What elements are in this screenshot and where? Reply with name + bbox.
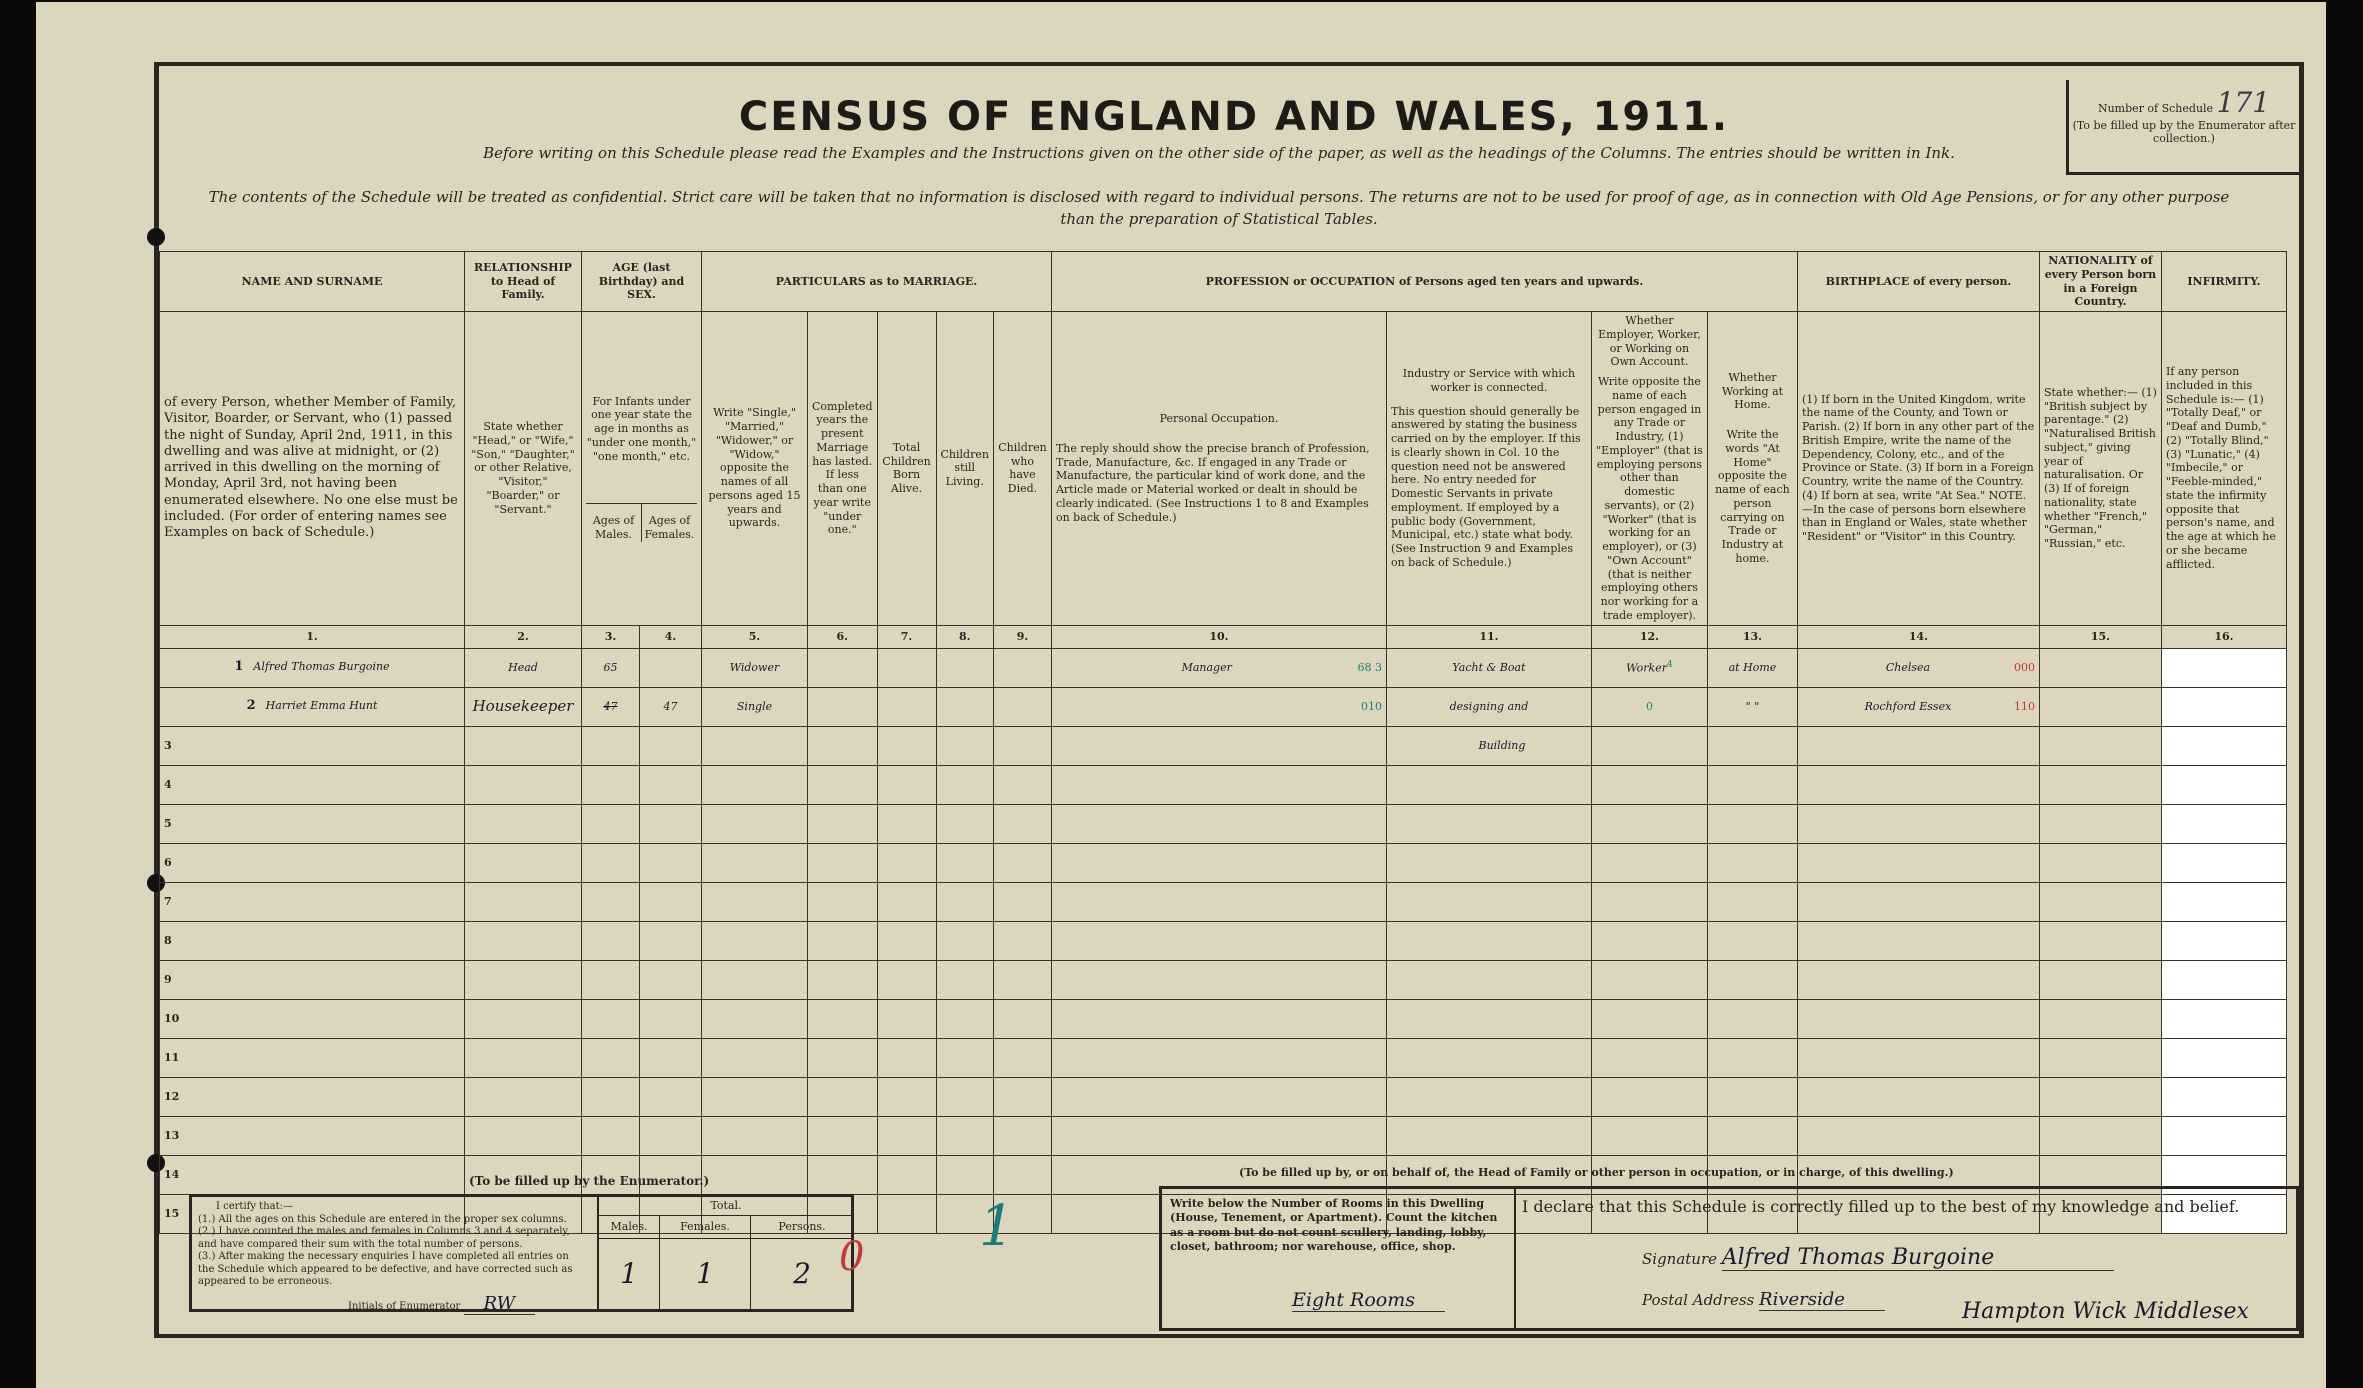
row-number: 11 bbox=[160, 1038, 465, 1077]
col-num: 14. bbox=[1797, 625, 2039, 648]
instr-at-home-text: Write the words "At Home" opposite the n… bbox=[1712, 428, 1793, 566]
certify-item-2: (2.) I have counted the males and female… bbox=[198, 1226, 588, 1251]
total-persons: 2 bbox=[751, 1239, 853, 1309]
cell-infirmity-redacted bbox=[2161, 687, 2286, 726]
row-number: 4 bbox=[160, 765, 465, 804]
cell-age-male-struck: 47 bbox=[582, 687, 640, 726]
cell-infirmity-redacted bbox=[2161, 882, 2286, 921]
row-number: 5 bbox=[160, 804, 465, 843]
col-num: 13. bbox=[1707, 625, 1797, 648]
occupation-code: 68 3 bbox=[1357, 661, 1382, 675]
certify-label: I certify that:— bbox=[198, 1201, 588, 1214]
total-females: 1 bbox=[660, 1239, 751, 1309]
cell-infirmity-redacted bbox=[2161, 726, 2286, 765]
col-num: 7. bbox=[877, 625, 936, 648]
cell-industry: designing and bbox=[1386, 687, 1591, 726]
teal-check-mark: 1 bbox=[979, 1194, 1015, 1259]
census-table: NAME AND SURNAME RELATIONSHIP to Head of… bbox=[159, 251, 2287, 1234]
cell-infirmity-redacted bbox=[2161, 765, 2286, 804]
birthplace-code: 110 bbox=[2014, 700, 2035, 714]
initials-label: Initials of Enumerator bbox=[348, 1301, 460, 1312]
schedule-note: (To be filled up by the Enumerator after… bbox=[2069, 119, 2299, 145]
instr-industry-text: This question should generally be answer… bbox=[1391, 405, 1587, 570]
instr-employer: Whether Employer, Worker, or Working on … bbox=[1591, 312, 1707, 626]
census-form: CENSUS OF ENGLAND AND WALES, 1911. Befor… bbox=[154, 62, 2304, 1338]
cell-name: 1Alfred Thomas Burgoine bbox=[160, 648, 465, 687]
punch-hole bbox=[147, 228, 165, 246]
signature-value: Alfred Thomas Burgoine bbox=[1722, 1245, 2114, 1271]
cell-employer: Worker4 bbox=[1591, 648, 1707, 687]
employer-code: 4 bbox=[1667, 659, 1673, 670]
table-row: 8 bbox=[160, 921, 2287, 960]
enumerator-box: I certify that:— (1.) All the ages on th… bbox=[189, 1194, 854, 1312]
red-check-mark: 0 bbox=[839, 1234, 864, 1280]
cell-occupation: 010 bbox=[1051, 687, 1386, 726]
sub-at-home: Whether Working at Home. bbox=[1712, 371, 1793, 412]
rooms-instruction: Write below the Number of Rooms in this … bbox=[1162, 1189, 1514, 1262]
cell-at-home: " " bbox=[1707, 687, 1797, 726]
instr-industry: Industry or Service with which worker is… bbox=[1386, 312, 1591, 626]
cell-infirmity-redacted bbox=[2161, 1116, 2286, 1155]
table-row: 10 bbox=[160, 999, 2287, 1038]
cell-age-female: 47 bbox=[640, 687, 702, 726]
table-row: 4 bbox=[160, 765, 2287, 804]
heading-relationship: RELATIONSHIP to Head of Family. bbox=[465, 252, 582, 312]
row-number: 10 bbox=[160, 999, 465, 1038]
instr-age: For Infants under one year state the age… bbox=[582, 312, 702, 626]
heading-occupation: PROFESSION or OCCUPATION of Persons aged… bbox=[1051, 252, 1797, 312]
cell-industry: Building bbox=[1386, 726, 1591, 765]
schedule-number-box: Number of Schedule 171 (To be filled up … bbox=[2066, 80, 2299, 175]
col-num: 8. bbox=[936, 625, 993, 648]
cell-total-children bbox=[877, 687, 936, 726]
col-num: 6. bbox=[808, 625, 878, 648]
sub-ages-females: Ages of Females. bbox=[642, 504, 697, 542]
instr-employer-text: Write opposite the name of each person e… bbox=[1596, 375, 1703, 623]
cell-nationality bbox=[2039, 648, 2161, 687]
col-num: 3. bbox=[582, 625, 640, 648]
birthplace-text: Rochford Essex bbox=[1865, 700, 1952, 713]
enumerator-heading: (To be filled up by the Enumerator.) bbox=[469, 1174, 709, 1188]
instr-relationship: State whether "Head," or "Wife," "Son," … bbox=[465, 312, 582, 626]
instruction-line: Before writing on this Schedule please r… bbox=[319, 144, 2119, 162]
occupation-text: Manager bbox=[1182, 661, 1232, 674]
cell-infirmity-redacted bbox=[2161, 999, 2286, 1038]
table-row: 13 bbox=[160, 1116, 2287, 1155]
heading-infirmity: INFIRMITY. bbox=[2161, 252, 2286, 312]
cell-at-home: at Home bbox=[1707, 648, 1797, 687]
total-label: Total. bbox=[599, 1197, 853, 1216]
signature-label: Signature bbox=[1642, 1250, 1717, 1268]
instr-personal-occupation: Personal Occupation. The reply should sh… bbox=[1051, 312, 1386, 626]
row-number: 14 bbox=[160, 1155, 465, 1194]
person-name: Harriet Emma Hunt bbox=[266, 699, 378, 712]
males-label: Males. bbox=[599, 1216, 660, 1238]
col-num: 4. bbox=[640, 625, 702, 648]
instr-marital: Write "Single," "Married," "Widower," or… bbox=[702, 312, 808, 626]
instr-total-children: Total Children Born Alive. bbox=[877, 312, 936, 626]
schedule-number: 171 bbox=[2217, 86, 2270, 119]
confidential-line: The contents of the Schedule will be tre… bbox=[169, 188, 2269, 206]
certify-item-1: (1.) All the ages on this Schedule are e… bbox=[198, 1214, 588, 1227]
col-num: 11. bbox=[1386, 625, 1591, 648]
row-number: 8 bbox=[160, 921, 465, 960]
cell-infirmity-redacted bbox=[2161, 648, 2286, 687]
instr-years-married: Completed years the present Marriage has… bbox=[808, 312, 878, 626]
enumerator-initials: RW bbox=[464, 1293, 536, 1315]
row-number: 9 bbox=[160, 960, 465, 999]
cell-birthplace: Chelsea000 bbox=[1797, 648, 2039, 687]
cell-industry: Yacht & Boat bbox=[1386, 648, 1591, 687]
cell-infirmity-redacted bbox=[2161, 843, 2286, 882]
declaration-text: I declare that this Schedule is correctl… bbox=[1522, 1197, 2239, 1216]
cell-children-died bbox=[993, 687, 1051, 726]
table-row: 12 bbox=[160, 1077, 2287, 1116]
address-line-1: Riverside bbox=[1759, 1289, 1885, 1311]
cell-children-living bbox=[936, 687, 993, 726]
row-number: 7 bbox=[160, 882, 465, 921]
household-box: Write below the Number of Rooms in this … bbox=[1159, 1186, 2299, 1331]
heading-age: AGE (last Birthday) and SEX. bbox=[582, 252, 702, 312]
row-number: 3 bbox=[160, 726, 465, 765]
instr-infirmity: If any person included in this Schedule … bbox=[2161, 312, 2286, 626]
col-num: 16. bbox=[2161, 625, 2286, 648]
cell-name: 2Harriet Emma Hunt bbox=[160, 687, 465, 726]
table-row: 6 bbox=[160, 843, 2287, 882]
table-row: 11 bbox=[160, 1038, 2287, 1077]
col-num: 1. bbox=[160, 625, 465, 648]
col-num: 10. bbox=[1051, 625, 1386, 648]
birthplace-text: Chelsea bbox=[1886, 661, 1930, 674]
cell-infirmity-redacted bbox=[2161, 921, 2286, 960]
instr-children-living: Children still Living. bbox=[936, 312, 993, 626]
heading-birthplace: BIRTHPLACE of every person. bbox=[1797, 252, 2039, 312]
total-males: 1 bbox=[599, 1239, 660, 1309]
cell-children-living bbox=[936, 648, 993, 687]
cell-age-male: 65 bbox=[582, 648, 640, 687]
address-label: Postal Address bbox=[1642, 1291, 1754, 1309]
row-number: 13 bbox=[160, 1116, 465, 1155]
cell-infirmity-redacted bbox=[2161, 1077, 2286, 1116]
col-num: 15. bbox=[2039, 625, 2161, 648]
instr-children-died: Children who have Died. bbox=[993, 312, 1051, 626]
table-row: 1Alfred Thomas Burgoine Head 65 Widower … bbox=[160, 648, 2287, 687]
sub-employer: Whether Employer, Worker, or Working on … bbox=[1596, 314, 1703, 369]
heading-nationality: NATIONALITY of every Person born in a Fo… bbox=[2039, 252, 2161, 312]
row-number: 12 bbox=[160, 1077, 465, 1116]
cell-infirmity-redacted bbox=[2161, 1038, 2286, 1077]
cell-age-female bbox=[640, 648, 702, 687]
col-num: 9. bbox=[993, 625, 1051, 648]
confidential-line-2: than the preparation of Statistical Tabl… bbox=[169, 210, 2269, 228]
schedule-label: Number of Schedule bbox=[2098, 102, 2213, 115]
col-num: 2. bbox=[465, 625, 582, 648]
table-row: 9 bbox=[160, 960, 2287, 999]
cell-total-children bbox=[877, 648, 936, 687]
table-row: 5 bbox=[160, 804, 2287, 843]
address-line-2: Hampton Wick Middlesex bbox=[1962, 1299, 2249, 1324]
row-number: 6 bbox=[160, 843, 465, 882]
cell-infirmity-redacted bbox=[2161, 804, 2286, 843]
employer-text: Worker bbox=[1626, 662, 1667, 675]
cell-employer-code: 0 bbox=[1591, 687, 1707, 726]
table-row: 7 bbox=[160, 882, 2287, 921]
females-label: Females. bbox=[660, 1216, 751, 1238]
birthplace-code: 000 bbox=[2014, 661, 2035, 675]
instr-nationality: State whether:— (1) "British subject by … bbox=[2039, 312, 2161, 626]
sub-personal-occupation: Personal Occupation. bbox=[1056, 412, 1382, 426]
col-num: 12. bbox=[1591, 625, 1707, 648]
household-heading: (To be filled up by, or on behalf of, th… bbox=[1239, 1166, 1954, 1179]
cell-years-married bbox=[808, 687, 878, 726]
instr-personal-occupation-text: The reply should show the precise branch… bbox=[1056, 442, 1382, 525]
cell-infirmity-redacted bbox=[2161, 960, 2286, 999]
instr-age-text: For Infants under one year state the age… bbox=[586, 395, 697, 464]
sub-ages-males: Ages of Males. bbox=[586, 504, 642, 542]
cell-birthplace: Rochford Essex110 bbox=[1797, 687, 2039, 726]
cell-nationality bbox=[2039, 687, 2161, 726]
instr-birthplace: (1) If born in the United Kingdom, write… bbox=[1797, 312, 2039, 626]
occupation-code: 010 bbox=[1361, 700, 1382, 714]
cell-occupation: Manager68 3 bbox=[1051, 648, 1386, 687]
col-num: 5. bbox=[702, 625, 808, 648]
table-row: 3 Building bbox=[160, 726, 2287, 765]
cell-years-married bbox=[808, 648, 878, 687]
cell-relationship: Housekeeper bbox=[465, 687, 582, 726]
certify-item-3: (3.) After making the necessary enquirie… bbox=[198, 1251, 588, 1289]
row-number: 2 bbox=[247, 698, 256, 713]
cell-children-died bbox=[993, 648, 1051, 687]
instr-at-home: Whether Working at Home. Write the words… bbox=[1707, 312, 1797, 626]
instr-name: of every Person, whether Member of Famil… bbox=[160, 312, 465, 626]
row-number: 1 bbox=[234, 659, 243, 674]
census-paper: CENSUS OF ENGLAND AND WALES, 1911. Befor… bbox=[36, 2, 2326, 1388]
cell-marriage: Single bbox=[702, 687, 808, 726]
persons-label: Persons. bbox=[751, 1216, 853, 1238]
sub-industry: Industry or Service with which worker is… bbox=[1391, 367, 1587, 395]
form-title: CENSUS OF ENGLAND AND WALES, 1911. bbox=[159, 94, 2309, 140]
heading-marriage: PARTICULARS as to MARRIAGE. bbox=[702, 252, 1052, 312]
rooms-value: Eight Rooms bbox=[1292, 1289, 1445, 1312]
heading-name: NAME AND SURNAME bbox=[160, 252, 465, 312]
cell-marriage: Widower bbox=[702, 648, 808, 687]
cell-relationship: Head bbox=[465, 648, 582, 687]
person-name: Alfred Thomas Burgoine bbox=[253, 660, 389, 673]
table-row: 2Harriet Emma Hunt Housekeeper 47 47 Sin… bbox=[160, 687, 2287, 726]
